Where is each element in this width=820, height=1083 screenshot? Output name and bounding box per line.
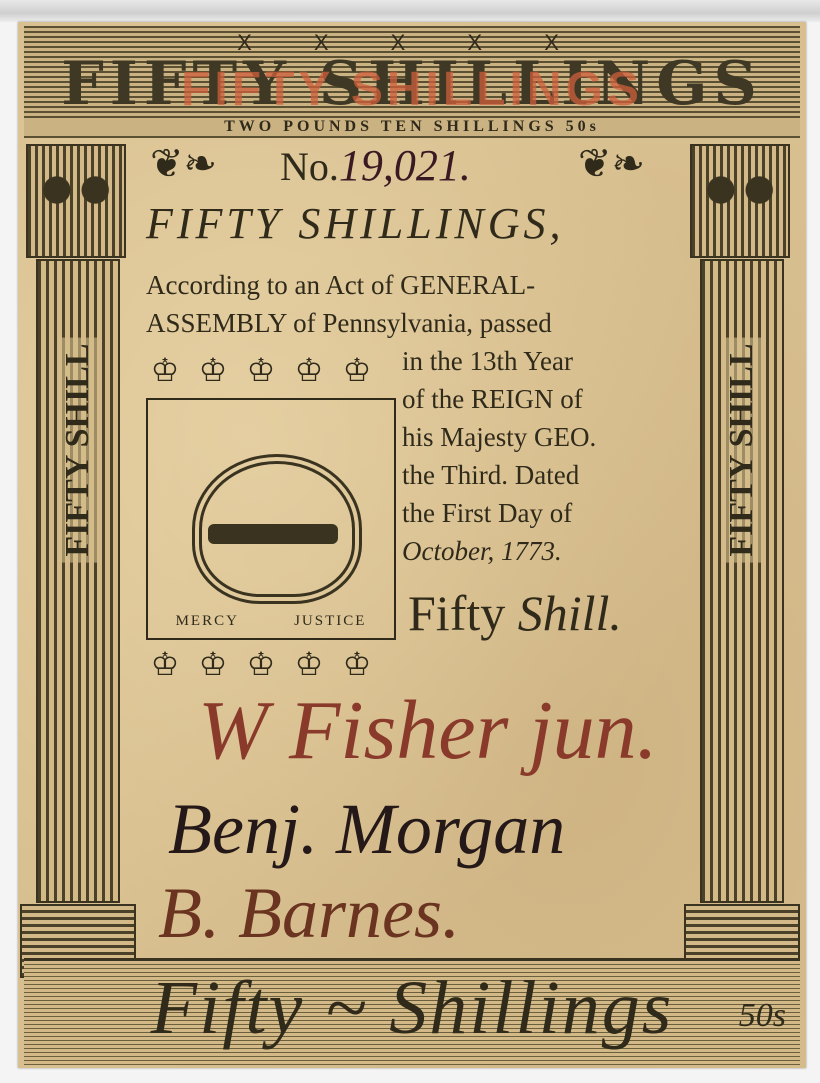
act-text-line-1: According to an Act of GENERAL- <box>146 266 535 304</box>
crown-icon: ♔ <box>144 646 186 682</box>
bottom-script-text: Fifty ~ Shillings <box>24 965 800 1052</box>
act-text-line-3: in the 13th Year <box>402 342 573 380</box>
signature-barnes: B. Barnes. <box>158 872 460 955</box>
bottom-amount: 50s <box>739 997 786 1035</box>
emblem-motto: MERCY JUSTICE <box>148 613 394 630</box>
act-text-line-2: ASSEMBLY of Pennsylvania, passed <box>146 304 552 342</box>
motto-mercy: MERCY <box>176 613 239 630</box>
coat-of-arms-emblem: MERCY JUSTICE <box>146 398 396 640</box>
amount-text: Fifty Shill. <box>408 584 622 642</box>
floral-ornament-icon: ❦❧ <box>150 140 217 187</box>
red-overprint-text: FIFTY SHILLINGS <box>24 66 800 114</box>
column-text: FIFTY SHILL <box>59 337 97 562</box>
crown-icon: ♔ <box>288 646 330 682</box>
crown-icon: ♔ <box>336 646 378 682</box>
right-column: FIFTY SHILL <box>690 144 790 258</box>
act-text-line-8: October, 1773. <box>402 532 562 570</box>
act-text-line-6: the Third. Dated <box>402 456 579 494</box>
bottom-border-band: Fifty ~ Shillings 50s <box>24 958 800 1065</box>
left-column: FIFTY SHILL <box>26 144 126 258</box>
serial-prefix: No. <box>280 144 339 189</box>
crown-icon: ♔ <box>192 646 234 682</box>
top-crown-row: ♔ ♔ ♔ ♔ ♔ <box>144 352 378 388</box>
crown-icon: ♔ <box>288 352 330 388</box>
bottom-crown-row: ♔ ♔ ♔ ♔ ♔ <box>144 646 378 682</box>
crown-icon: ♔ <box>240 352 282 388</box>
crown-icon: ♔ <box>144 352 186 388</box>
amount-word: Fifty <box>408 585 505 641</box>
act-text-line-7: the First Day of <box>402 494 572 532</box>
act-text-line-5: his Majesty GEO. <box>402 418 596 456</box>
serial-value: 19,021. <box>339 141 471 190</box>
crown-icon: ♔ <box>192 352 234 388</box>
signature-morgan: Benj. Morgan <box>168 788 565 871</box>
act-text-line-4: of the REIGN of <box>402 380 583 418</box>
column-text: FIFTY SHILL <box>723 337 761 562</box>
note-title: FIFTY SHILLINGS, <box>146 198 565 249</box>
column-shaft: FIFTY SHILL <box>700 259 784 903</box>
emblem-bar <box>208 524 338 544</box>
crown-icon: ♔ <box>336 352 378 388</box>
floral-ornament-icon: ❦❧ <box>578 140 645 187</box>
motto-justice: JUSTICE <box>294 613 366 630</box>
top-border-band: X X X X X FIFTY SHILLINGS FIFTY SHILLING… <box>24 26 800 138</box>
holder-sleeve <box>0 0 820 22</box>
column-capital-icon <box>690 144 790 258</box>
crown-icon: ♔ <box>240 646 282 682</box>
column-capital-icon <box>26 144 126 258</box>
signature-fisher: W Fisher jun. <box>198 682 658 779</box>
column-shaft: FIFTY SHILL <box>36 259 120 903</box>
serial-number: No.19,021. <box>280 140 471 191</box>
amount-unit: Shill. <box>518 585 622 641</box>
colonial-banknote: X X X X X FIFTY SHILLINGS FIFTY SHILLING… <box>18 22 806 1068</box>
top-small-text: TWO POUNDS TEN SHILLINGS 50s <box>24 118 800 136</box>
